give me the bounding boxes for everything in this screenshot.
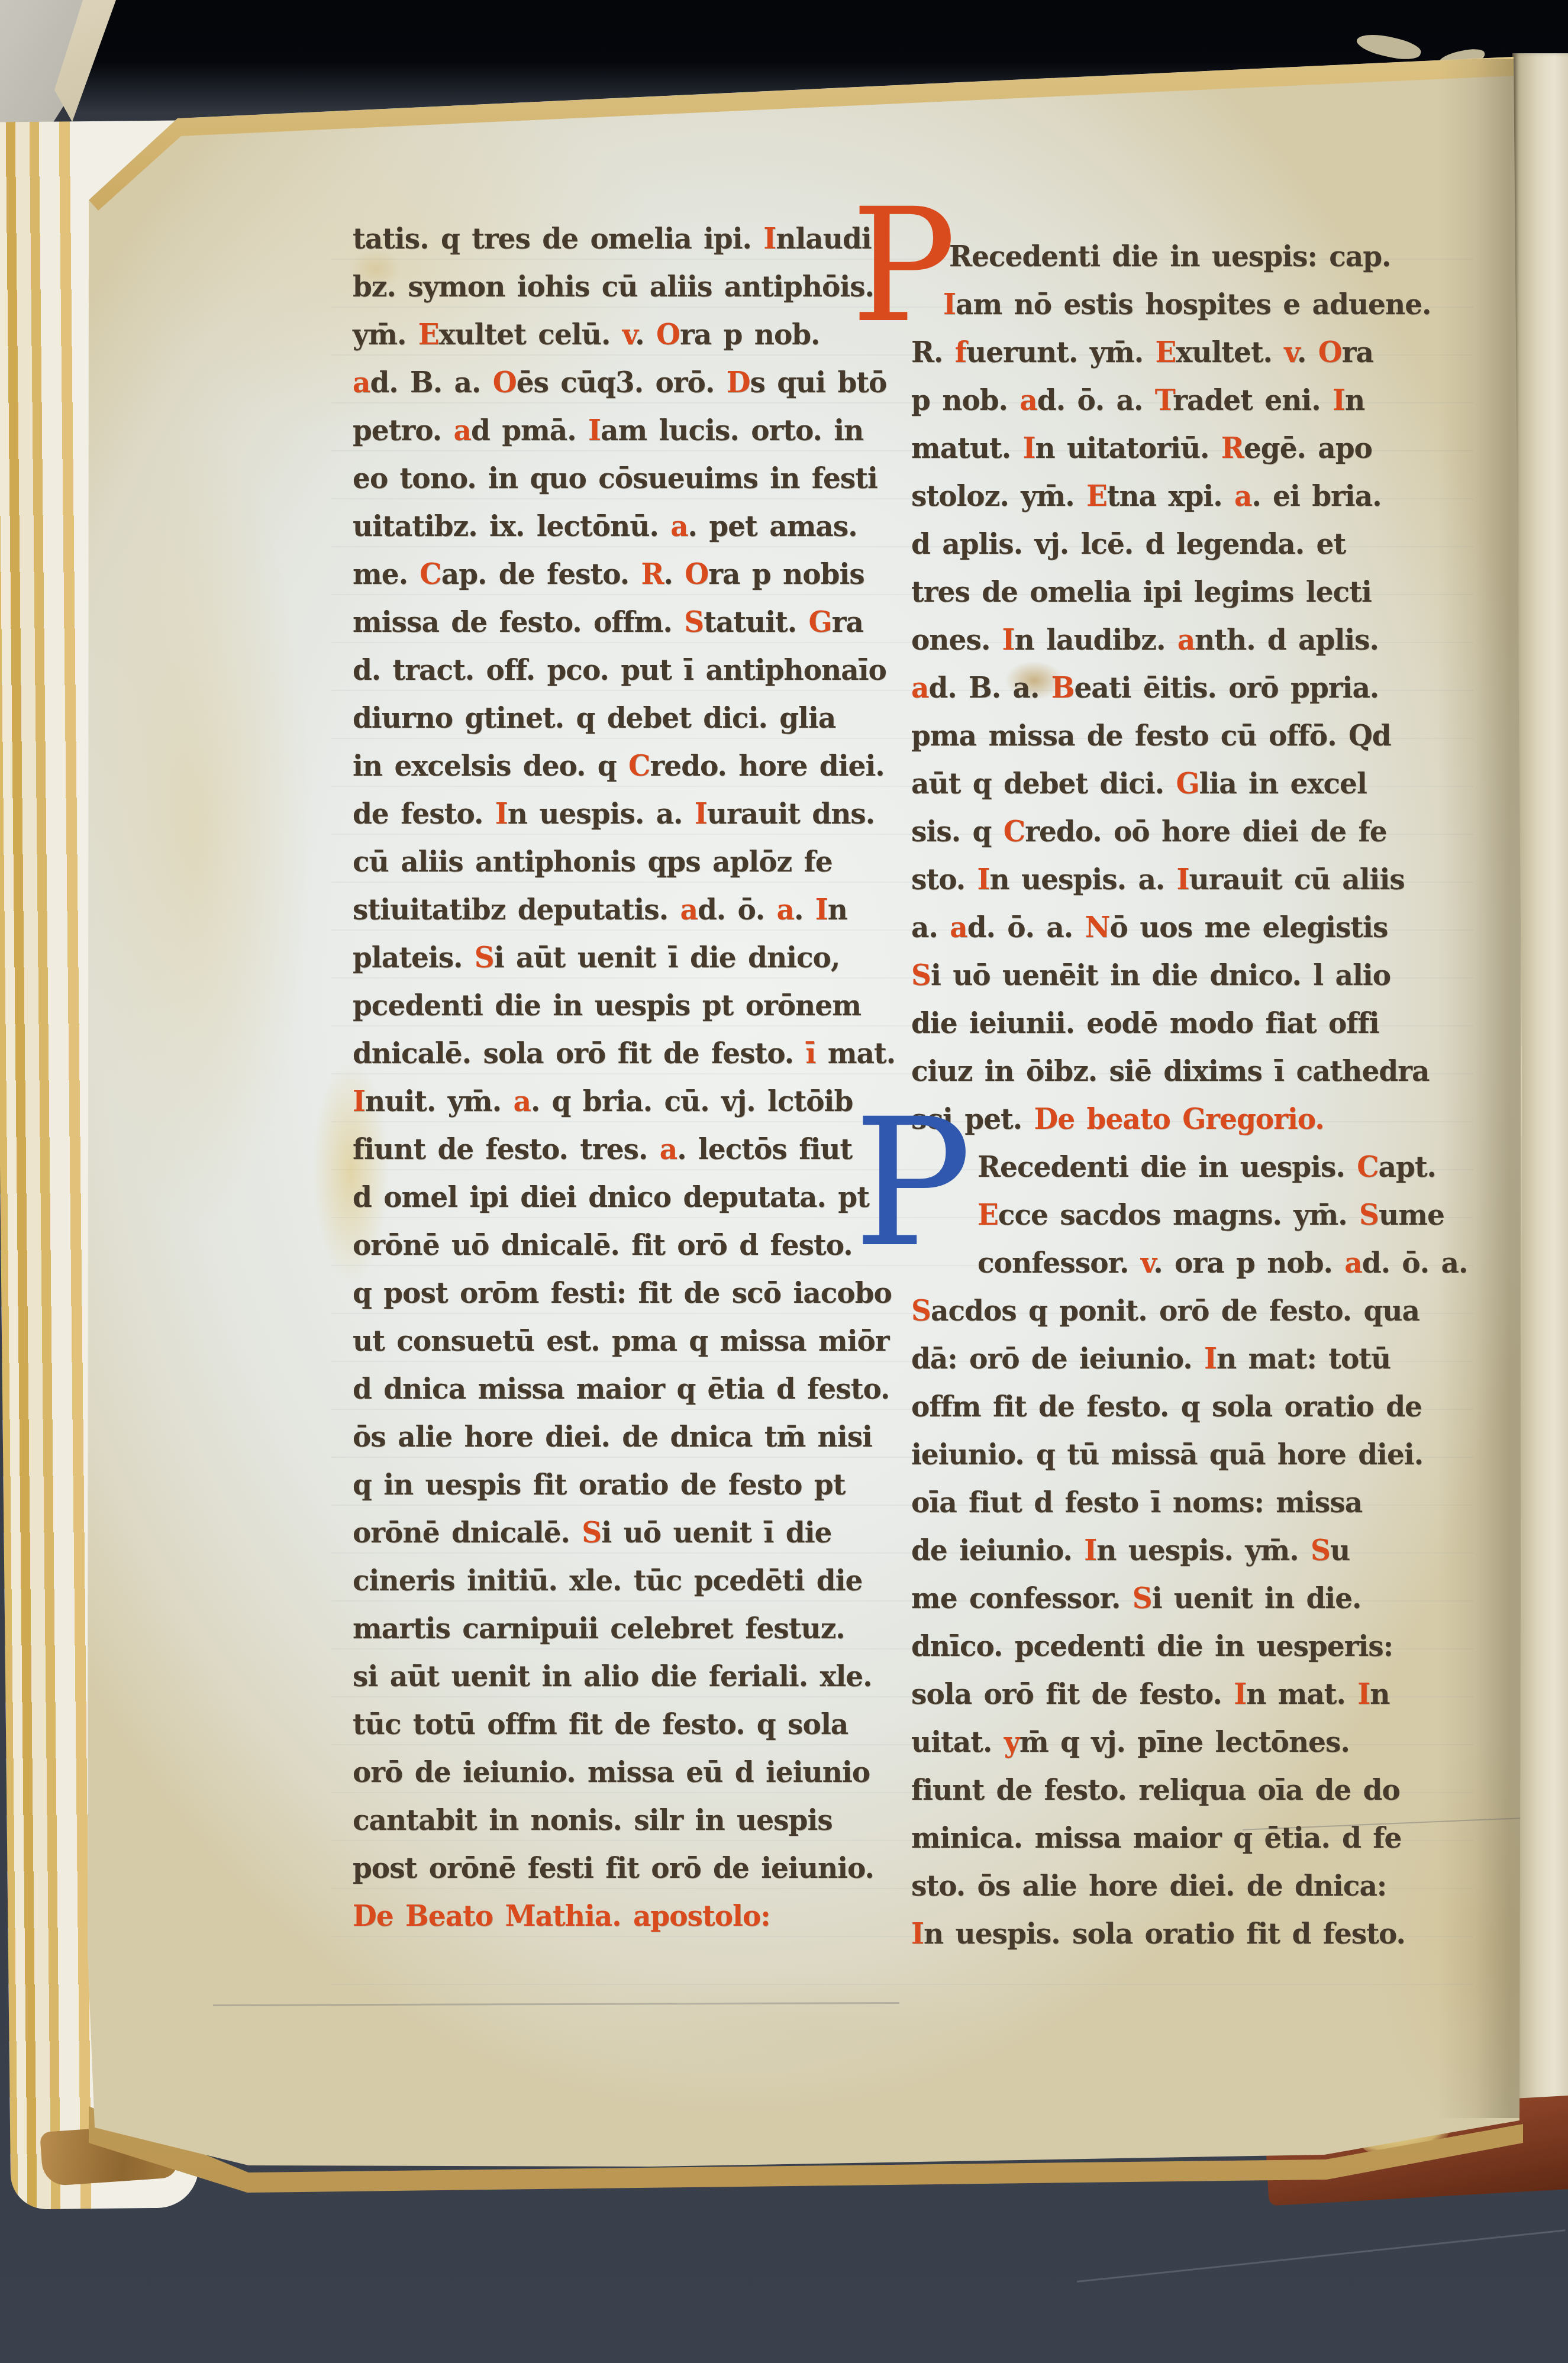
text-line: R. fuerunt. ym̄. Exultet. v. Ora <box>911 328 1467 377</box>
text-line: sto. ōs alie hore diei. de dnica: <box>911 1862 1467 1911</box>
text-line: de festo. In uespis. a. Iurauit dns. <box>353 790 891 839</box>
text-line: ōs alie hore diei. de dnica tm̄ nisi <box>353 1413 891 1462</box>
text-line: ones. In laudibz. anth. d aplis. <box>911 616 1467 665</box>
text-line: cineris initiū. xle. tūc pcedēti die <box>353 1557 891 1606</box>
text-line: ieiunio. q tū missā quā hore diei. <box>911 1431 1467 1480</box>
text-line: petro. ad pmā. Iam lucis. orto. in <box>353 406 891 456</box>
text-line: me confessor. Si uenit in die. <box>911 1574 1467 1623</box>
text-line: aūt q debet dici. Glia in excel <box>911 760 1467 809</box>
text-line: in excelsis deo. q Credo. hore diei. <box>353 742 891 791</box>
text-line: orō de ieiunio. missa eū d ieiunio <box>353 1748 891 1797</box>
text-line: ciuz in ōibz. siē dixims ī cathedra <box>911 1047 1467 1096</box>
text-line: Iam nō estis hospites e aduene. <box>911 280 1467 330</box>
text-line: stoloz. ym̄. Etna xpi. a. ei bria. <box>911 472 1467 521</box>
text-line: si aūt uenit in alio die feriali. xle. <box>353 1652 891 1702</box>
text-line: sto. In uespis. a. Iurauit cū aliis <box>911 856 1467 905</box>
text-line: orōnē dnicalē. Si uō uenit ī die <box>353 1509 891 1558</box>
text-line: confessor. v. ora p nob. ad. ō. a. <box>911 1239 1467 1288</box>
text-line: offm fit de festo. q sola oratio de <box>911 1383 1467 1432</box>
text-line: die ieiunii. eodē modo fiat offi <box>911 999 1467 1048</box>
text-line: oīa fiut d festo ī noms: missa <box>911 1479 1467 1528</box>
text-line: tres de omelia ipi legims lecti <box>911 568 1467 617</box>
text-line: plateis. Si aūt uenit ī die dnico, <box>353 934 891 983</box>
text-line: martis carnipuii celebret festuz. <box>353 1605 891 1654</box>
text-line: missa de festo. offm. Statuit. Gra <box>353 598 891 647</box>
text-line: post orōnē festi fit orō de ieiunio. <box>353 1844 891 1893</box>
text-line: De Beato Mathia. apostolo: <box>353 1892 891 1941</box>
text-line: a. ad. ō. a. Nō uos me elegistis <box>911 903 1467 953</box>
text-column-left: tatis. q tres de omelia ipi. Inlaudibz. … <box>353 215 891 1941</box>
text-line: dnīco. pcedenti die in uesperis: <box>911 1622 1467 1671</box>
text-line: fiunt de festo. tres. a. lectōs fiut <box>353 1125 891 1174</box>
text-line: Sacdos q ponit. orō de festo. qua <box>911 1287 1467 1336</box>
text-line: ut consuetū est. pma q missa miōr <box>353 1317 891 1366</box>
text-line: q in uespis fit oratio de festo pt <box>353 1461 891 1510</box>
text-line: uitat. ym̄ q vj. pīne lectōnes. <box>911 1718 1467 1767</box>
manuscript-photo: tatis. q tres de omelia ipi. Inlaudibz. … <box>0 0 1568 2363</box>
text-line: d dnica missa maior q ētia d festo. <box>353 1365 891 1414</box>
stain <box>580 1976 994 2071</box>
text-line: ad. B. a. Beati ēitis. orō ppria. <box>911 664 1467 713</box>
text-line: minica. missa maior q ētia. d fe <box>911 1814 1467 1863</box>
text-line: cū aliis antiphonis qps aplōz fe <box>353 838 891 887</box>
text-line: sci pet. De beato Gregorio. <box>911 1095 1467 1144</box>
text-line: diurno gtinet. q debet dici. glia <box>353 694 891 743</box>
text-line: tūc totū offm fit de festo. q sola <box>353 1700 891 1749</box>
text-line: ym̄. Exultet celū. v. Ora p nob. <box>353 311 891 360</box>
text-line: eo tono. in quo cōsueuims in festi <box>353 454 891 503</box>
text-line: bz. symon iohis cū aliis antiphōis. <box>353 263 891 312</box>
background-scratch <box>1077 2229 1566 2283</box>
text-line: me. Cap. de festo. R. Ora p nobis <box>353 550 891 599</box>
text-line: dnicalē. sola orō fit de festo. ī mat. <box>353 1029 891 1079</box>
text-line: sis. q Credo. oō hore diei de fe <box>911 808 1467 857</box>
text-line: pcedenti die in uespis pt orōnem <box>353 982 891 1031</box>
text-column-right: Recedenti die in uespis: cap.Iam nō esti… <box>911 233 1467 1958</box>
text-line: cantabit in nonis. silr in uespis <box>353 1796 891 1845</box>
text-line: d. tract. off. pco. put ī antiphonaīo <box>353 646 891 695</box>
manuscript-page: tatis. q tres de omelia ipi. Inlaudibz. … <box>0 0 1568 2363</box>
text-line: tatis. q tres de omelia ipi. Inlaudi <box>353 215 891 264</box>
text-line: Si uō uenēit in die dnico. l alio <box>911 951 1467 1000</box>
text-line: uitatibz. ix. lectōnū. a. pet amas. <box>353 502 891 551</box>
text-line: matut. In uitatoriū. Regē. apo <box>911 424 1467 473</box>
text-line: sola orō fit de festo. In mat. In <box>911 1670 1467 1719</box>
text-line: Ecce sacdos magns. ym̄. Sume <box>911 1191 1467 1240</box>
text-line: dā: orō de ieiunio. In mat: totū <box>911 1335 1467 1384</box>
text-line: Recedenti die in uespis. Capt. <box>911 1143 1467 1192</box>
text-line: q post orōm festi: fit de scō iacobo <box>353 1269 891 1318</box>
text-line: p nob. ad. ō. a. Tradet eni. In <box>911 376 1467 425</box>
text-line: ad. B. a. Oēs cūq3. orō. Ds qui btō <box>353 359 891 408</box>
text-line: Inuit. ym̄. a. q bria. cū. vj. lctōib <box>353 1077 891 1126</box>
text-line: pma missa de festo cū offō. Qd <box>911 712 1467 761</box>
text-line: stiuitatibz deputatis. ad. ō. a. In <box>353 886 891 935</box>
text-line: In uespis. sola oratio fit d festo. <box>911 1910 1467 1959</box>
text-line: de ieiunio. In uespis. ym̄. Su <box>911 1526 1467 1576</box>
text-line: Recedenti die in uespis: cap. <box>911 233 1467 282</box>
text-line: fiunt de festo. reliqua oīa de do <box>911 1766 1467 1815</box>
text-line: orōnē uō dnicalē. fit orō d festo. <box>353 1221 891 1270</box>
illuminated-initial-red-p: P <box>851 188 956 345</box>
text-line: d omel ipi diei dnico deputata. pt <box>353 1173 891 1222</box>
text-line: d aplis. vj. lcē. d legenda. et <box>911 520 1467 569</box>
illuminated-initial-blue-p: P <box>853 1096 972 1272</box>
